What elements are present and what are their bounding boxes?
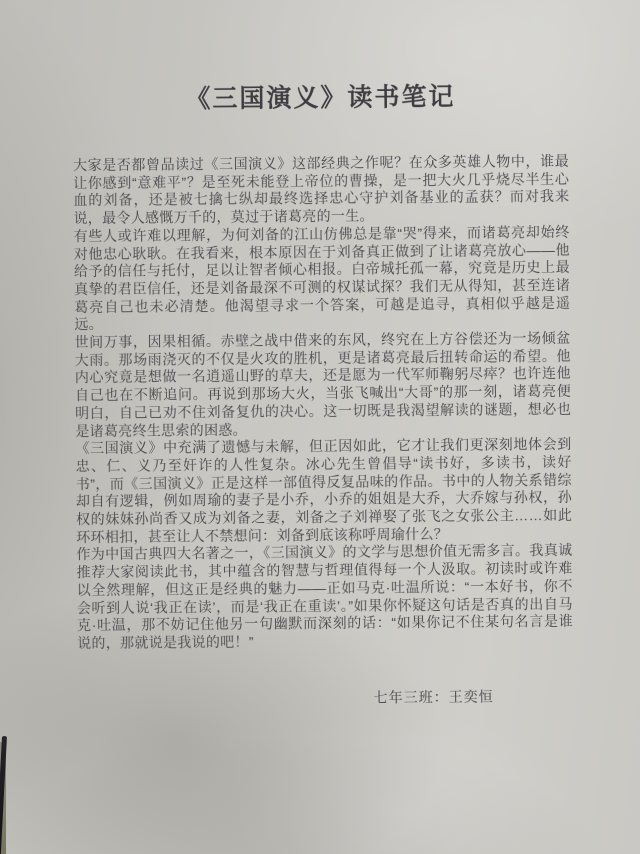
paragraph-3: 世间万事，因果相循。赤壁之战中借来的东风，终究在上方谷偿还为一场倾盆大雨。那场雨…: [74, 330, 571, 441]
paragraph-1: 大家是否都曾品读过《三国演义》这部经典之作呢？在众多英雄人物中，谁最让你感到“意…: [73, 153, 570, 228]
paragraph-4: 《三国演义》中充满了遗憾与未解，但正因如此，它才让我们更深刻地体会到忠、仁、义乃…: [75, 436, 572, 547]
document-title: 《三国演义》读书笔记: [72, 76, 568, 116]
paragraph-2: 有些人或许难以理解，为何刘备的江山仿佛总是靠“哭”得来，而诸葛亮却始终对他忠心耿…: [74, 224, 571, 335]
document-page: 《三国演义》读书笔记 大家是否都曾品读过《三国演义》这部经典之作呢？在众多英雄人…: [72, 76, 573, 710]
paragraph-5: 作为中国古典四大名著之一，《三国演义》的文学与思想价值无需多言。我真诚推荐大家阅…: [76, 542, 573, 653]
